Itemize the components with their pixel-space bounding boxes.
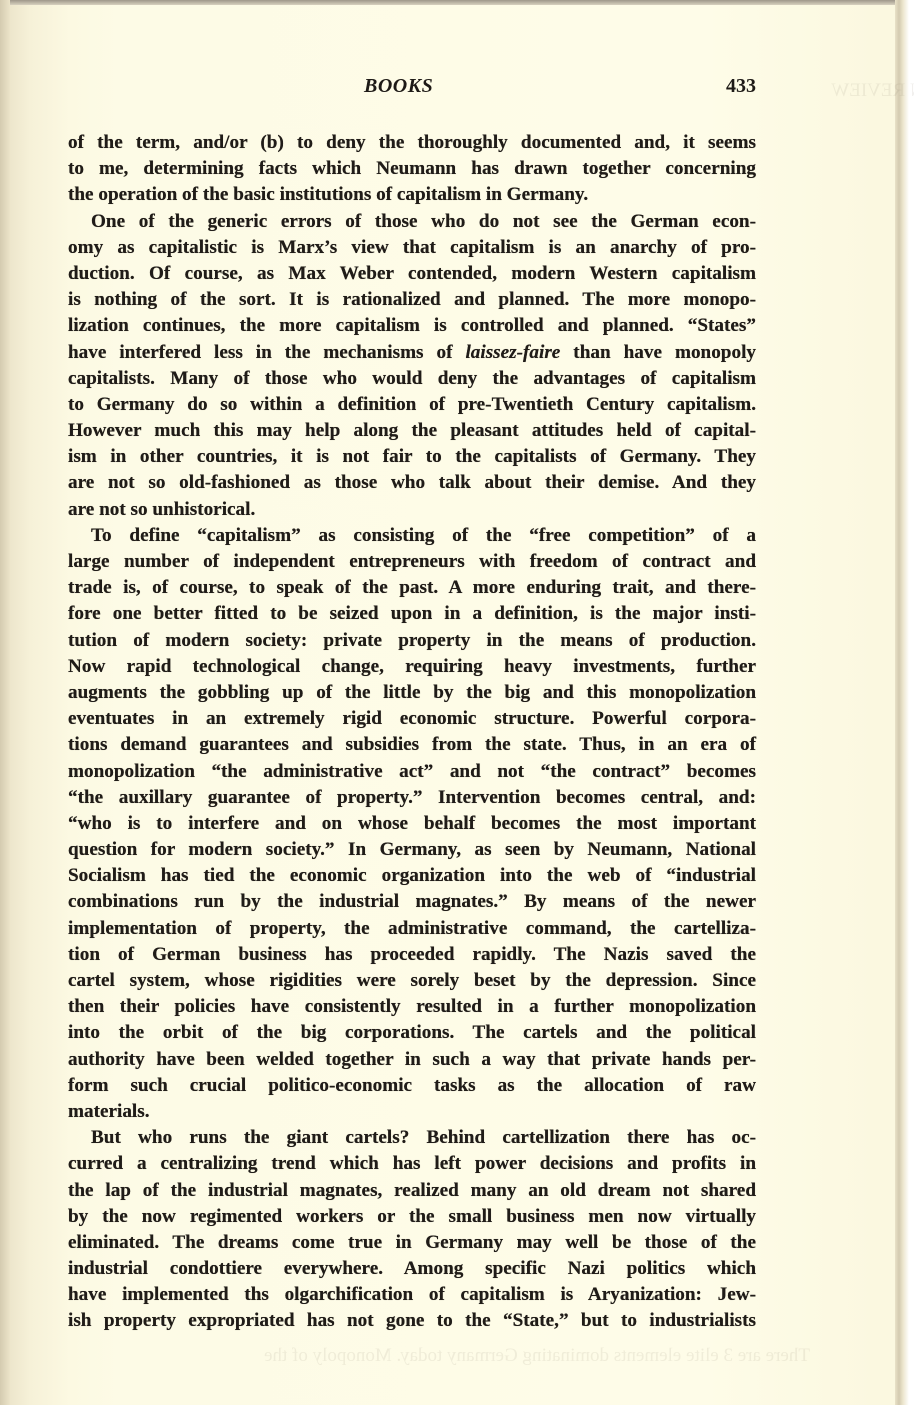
text-line: large number of independent entrepreneur… [68,549,756,575]
text-line: duction. Of course, as Max Weber contend… [68,261,756,287]
text-line: form such crucial politico-economic task… [68,1073,756,1099]
text-line: implementation of property, the administ… [68,916,756,942]
text-line: One of the generic errors of those who d… [68,209,756,235]
text-line: “the auxillary guarantee of property.” I… [68,785,756,811]
text-line: industrial condottiere everywhere. Among… [68,1256,756,1282]
italic-term: laissez-faire [465,342,560,363]
bottom-border [0,1405,914,1415]
text-line: But who runs the giant cartels? Behind c… [68,1125,756,1151]
text-line: ish property expropriated has not gone t… [68,1308,756,1334]
text-line: However much this may help along the ple… [68,418,756,444]
text-line: are not so unhistorical. [68,497,756,523]
text-line: the operation of the basic institutions … [68,182,756,208]
page-number: 433 [726,75,756,98]
text-line: trade is, of course, to speak of the pas… [68,575,756,601]
text-line: fore one better fitted to be seized upon… [68,601,756,627]
text-line: curred a centralizing trend which has le… [68,1151,756,1177]
text-line: capitalists. Many of those who would den… [68,366,756,392]
text-line: have interfered less in the mechanisms o… [68,340,756,366]
show-through-text: There are 3 elite elements dominating Ge… [110,1345,810,1367]
text-segment: have interfered less in the mechanisms o… [68,342,465,363]
right-page-edge [895,0,914,1415]
text-line: cartel system, whose rigidities were sor… [68,968,756,994]
text-line: tions demand guarantees and subsidies fr… [68,732,756,758]
paragraph: To define “capitalism” as consisting of … [68,523,756,1125]
text-line: question for modern society.” In Germany… [68,837,756,863]
text-line: ism in other countries, it is not fair t… [68,444,756,470]
text-line: eliminated. The dreams come true in Germ… [68,1230,756,1256]
text-line: augments the gobbling up of the little b… [68,680,756,706]
text-line: omy as capitalistic is Marx’s view that … [68,235,756,261]
text-line: Now rapid technological change, requirin… [68,654,756,680]
top-edge-shadow [0,0,914,5]
text-line: to Germany do so within a definition of … [68,392,756,418]
text-line: “who is to interfere and on whose behalf… [68,811,756,837]
text-line: authority have been welded together in s… [68,1047,756,1073]
scanned-book-page: PARTISAN REVIEW There are 3 elite elemen… [0,0,914,1415]
text-line: the lap of the industrial magnates, real… [68,1178,756,1204]
text-line: by the now regimented workers or the sma… [68,1204,756,1230]
text-line: to me, determining facts which Neumann h… [68,156,756,182]
text-line: tion of German business has proceeded ra… [68,942,756,968]
page-header: BOOKS 433 [68,75,756,103]
text-line: lization continues, the more capitalism … [68,313,756,339]
text-line: To define “capitalism” as consisting of … [68,523,756,549]
running-head: BOOKS [364,75,433,98]
text-line: of the term, and/or (b) to deny the thor… [68,130,756,156]
text-line: combinations run by the industrial magna… [68,889,756,915]
text-line: have implemented ths olgarchification of… [68,1282,756,1308]
body-text: of the term, and/or (b) to deny the thor… [68,130,756,1335]
paragraph: But who runs the giant cartels? Behind c… [68,1125,756,1335]
paragraph: One of the generic errors of those who d… [68,209,756,523]
text-line: are not so old-fashioned as those who ta… [68,470,756,496]
text-line: tution of modern society: private proper… [68,628,756,654]
text-line: monopolization “the administrative act” … [68,759,756,785]
paragraph: of the term, and/or (b) to deny the thor… [68,130,756,209]
text-line: then their policies have consistently re… [68,994,756,1020]
left-page-edge [0,0,10,1415]
text-segment: than have monopoly [560,342,756,363]
text-line: into the orbit of the big corporations. … [68,1020,756,1046]
text-line: eventuates in an extremely rigid economi… [68,706,756,732]
text-line: is nothing of the sort. It is rationaliz… [68,287,756,313]
text-line: Socialism has tied the economic organiza… [68,863,756,889]
text-line: materials. [68,1099,756,1125]
